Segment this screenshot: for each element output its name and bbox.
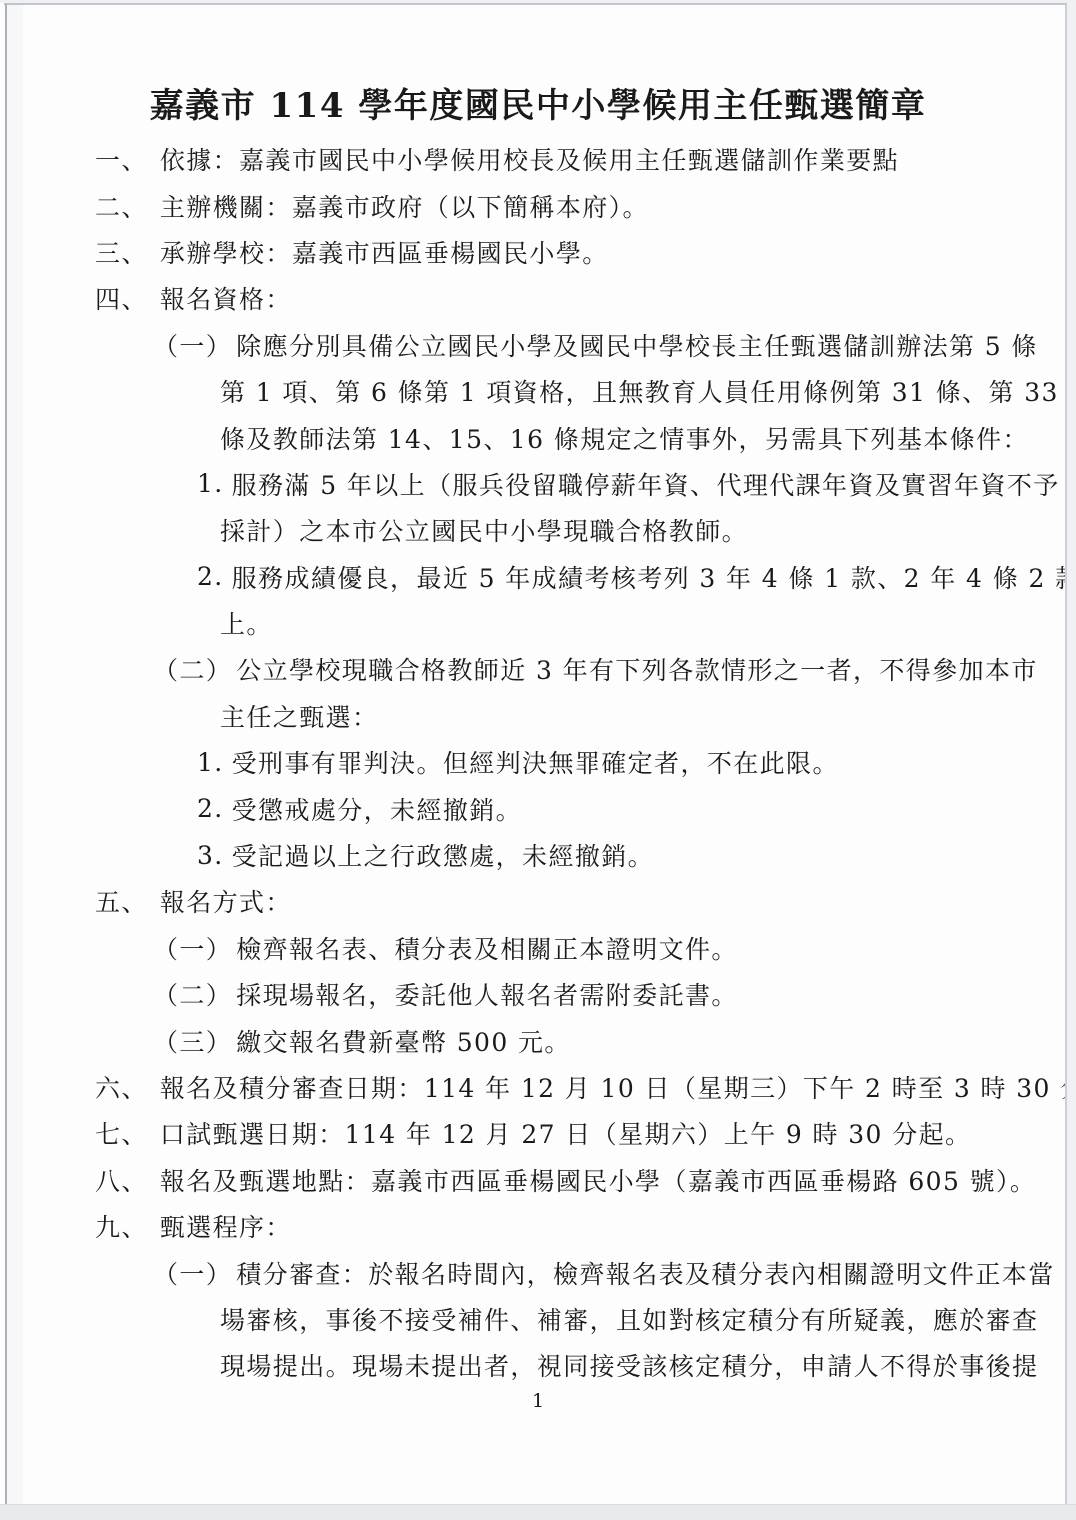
item-marker: 八、 <box>95 1162 148 1198</box>
item-text: 報名資格： <box>160 280 292 316</box>
item-text: 主任之甄選： <box>220 698 378 734</box>
list-item-4-1: （一） 除應分別具備公立國民小學及國民中學校長主任甄選儲訓辦法第 5 條 <box>0 322 1076 368</box>
item-text: 採計）之本市公立國民中小學現職合格教師。 <box>220 512 748 548</box>
list-item-4: 四、 報名資格： <box>0 275 1076 321</box>
item-text: 繳交報名費新臺幣 500 元。 <box>236 1023 571 1059</box>
item-text: 口試甄選日期：114 年 12 月 27 日（星期六）上午 9 時 30 分起。 <box>160 1115 972 1151</box>
scan-edge-right-band <box>1067 2 1076 1506</box>
list-item-continuation: 採計）之本市公立國民中小學現職合格教師。 <box>0 507 1076 553</box>
list-item-5-2: （二） 採現場報名，委託他人報名者需附委託書。 <box>0 971 1076 1017</box>
item-text: 第 1 項、第 6 條第 1 項資格，且無教育人員任用條例第 31 條、第 33 <box>220 373 1059 409</box>
item-marker: 四、 <box>95 280 148 316</box>
list-item-5-3: （三） 繳交報名費新臺幣 500 元。 <box>0 1017 1076 1063</box>
item-marker: 1. <box>197 748 224 777</box>
list-item-continuation: 場審核，事後不接受補件、補審，且如對核定積分有所疑義，應於審查 <box>0 1296 1076 1342</box>
list-item-4-2-1: 1. 受刑事有罪判決。但經判決無罪確定者，不在此限。 <box>0 739 1076 785</box>
item-text: 公立學校現職合格教師近 3 年有下列各款情形之一者，不得參加本市 <box>236 651 1038 687</box>
scan-edge-left-band <box>7 5 23 1504</box>
item-marker: 1. <box>197 469 224 498</box>
item-marker: 二、 <box>95 188 148 224</box>
item-text: 採現場報名，委託他人報名者需附委託書。 <box>236 976 738 1012</box>
scan-edge-left-line <box>5 4 7 1504</box>
item-text: 服務滿 5 年以上（服兵役留職停薪年資、代理代課年資及實習年資不予 <box>232 466 1060 502</box>
scan-edge-right-line <box>1065 4 1067 1505</box>
document-body: 一、 依據：嘉義市國民中小學候用校長及候用主任甄選儲訓作業要點 二、 主辦機關：… <box>0 136 1076 1389</box>
page-number: 1 <box>0 1390 1076 1412</box>
item-text: 承辦學校：嘉義市西區垂楊國民小學。 <box>160 234 609 270</box>
item-marker: 2. <box>197 562 224 591</box>
list-item-continuation: 現場提出。現場未提出者，視同接受該核定積分，申請人不得於事後提 <box>0 1342 1076 1388</box>
item-text: 甄選程序： <box>160 1208 292 1244</box>
list-item-2: 二、 主辦機關：嘉義市政府（以下簡稱本府）。 <box>0 182 1076 228</box>
scan-edge-top-line <box>4 3 1070 5</box>
item-text: 上。 <box>220 605 273 641</box>
list-item-4-1-2: 2. 服務成績優良，最近 5 年成績考核考列 3 年 4 條 1 款、2 年 4… <box>0 554 1076 600</box>
list-item-1: 一、 依據：嘉義市國民中小學候用校長及候用主任甄選儲訓作業要點 <box>0 136 1076 182</box>
item-text: 報名方式： <box>160 883 292 919</box>
item-marker: 三、 <box>95 234 148 270</box>
item-marker: （一） <box>153 327 232 363</box>
list-item-5-1: （一） 檢齊報名表、積分表及相關正本證明文件。 <box>0 925 1076 971</box>
item-text: 依據：嘉義市國民中小學候用校長及候用主任甄選儲訓作業要點 <box>160 141 899 177</box>
item-text: 受懲戒處分，未經撤銷。 <box>232 791 522 827</box>
item-marker: （二） <box>153 976 232 1012</box>
list-item-4-1-1: 1. 服務滿 5 年以上（服兵役留職停薪年資、代理代課年資及實習年資不予 <box>0 461 1076 507</box>
list-item-9-1: （一） 積分審查：於報名時間內，檢齊報名表及積分表內相關證明文件正本當 <box>0 1249 1076 1295</box>
item-marker: 六、 <box>95 1069 148 1105</box>
item-marker: （三） <box>153 1023 232 1059</box>
list-item-4-2: （二） 公立學校現職合格教師近 3 年有下列各款情形之一者，不得參加本市 <box>0 646 1076 692</box>
item-text: 檢齊報名表、積分表及相關正本證明文件。 <box>236 930 738 966</box>
scanned-document-page: 嘉義市 114 學年度國民中小學候用主任甄選簡章 一、 依據：嘉義市國民中小學候… <box>0 0 1076 1520</box>
item-marker: （一） <box>153 930 232 966</box>
item-marker: （二） <box>153 651 232 687</box>
item-text: 報名及甄選地點：嘉義市西區垂楊國民小學（嘉義市西區垂楊路 605 號）。 <box>160 1162 1037 1198</box>
item-marker: 五、 <box>95 883 148 919</box>
list-item-continuation: 條及教師法第 14、15、16 條規定之情事外，另需具下列基本條件： <box>0 414 1076 460</box>
item-text: 報名及積分審查日期：114 年 12 月 10 日（星期三）下午 2 時至 3 … <box>160 1069 1076 1105</box>
item-marker: 七、 <box>95 1115 148 1151</box>
document-content: 嘉義市 114 學年度國民中小學候用主任甄選簡章 一、 依據：嘉義市國民中小學候… <box>0 0 1076 1412</box>
item-text: 受記過以上之行政懲處，未經撤銷。 <box>232 837 654 873</box>
list-item-7: 七、 口試甄選日期：114 年 12 月 27 日（星期六）上午 9 時 30 … <box>0 1110 1076 1156</box>
item-text: 除應分別具備公立國民小學及國民中學校長主任甄選儲訓辦法第 5 條 <box>236 327 1038 363</box>
item-marker: 3. <box>197 841 224 870</box>
item-text: 主辦機關：嘉義市政府（以下簡稱本府）。 <box>160 188 649 224</box>
list-item-9: 九、 甄選程序： <box>0 1203 1076 1249</box>
item-marker: （一） <box>153 1255 232 1291</box>
list-item-3: 三、 承辦學校：嘉義市西區垂楊國民小學。 <box>0 229 1076 275</box>
list-item-continuation: 第 1 項、第 6 條第 1 項資格，且無教育人員任用條例第 31 條、第 33 <box>0 368 1076 414</box>
item-marker: 九、 <box>95 1208 148 1244</box>
scan-edge-bottom-band <box>0 1504 1076 1520</box>
list-item-continuation: 上。 <box>0 600 1076 646</box>
item-text: 積分審查：於報名時間內，檢齊報名表及積分表內相關證明文件正本當 <box>236 1255 1054 1291</box>
list-item-4-2-3: 3. 受記過以上之行政懲處，未經撤銷。 <box>0 832 1076 878</box>
item-text: 服務成績優良，最近 5 年成績考核考列 3 年 4 條 1 款、2 年 4 條 … <box>232 559 1076 595</box>
list-item-continuation: 主任之甄選： <box>0 693 1076 739</box>
list-item-8: 八、 報名及甄選地點：嘉義市西區垂楊國民小學（嘉義市西區垂楊路 605 號）。 <box>0 1157 1076 1203</box>
item-text: 場審核，事後不接受補件、補審，且如對核定積分有所疑義，應於審查 <box>220 1301 1038 1337</box>
item-text: 條及教師法第 14、15、16 條規定之情事外，另需具下列基本條件： <box>220 420 1029 456</box>
item-marker: 一、 <box>95 141 148 177</box>
item-marker: 2. <box>197 794 224 823</box>
list-item-4-2-2: 2. 受懲戒處分，未經撤銷。 <box>0 785 1076 831</box>
item-text: 現場提出。現場未提出者，視同接受該核定積分，申請人不得於事後提 <box>220 1347 1038 1383</box>
list-item-6: 六、 報名及積分審查日期：114 年 12 月 10 日（星期三）下午 2 時至… <box>0 1064 1076 1110</box>
list-item-5: 五、 報名方式： <box>0 878 1076 924</box>
document-title: 嘉義市 114 學年度國民中小學候用主任甄選簡章 <box>0 84 1076 128</box>
item-text: 受刑事有罪判決。但經判決無罪確定者，不在此限。 <box>232 744 839 780</box>
